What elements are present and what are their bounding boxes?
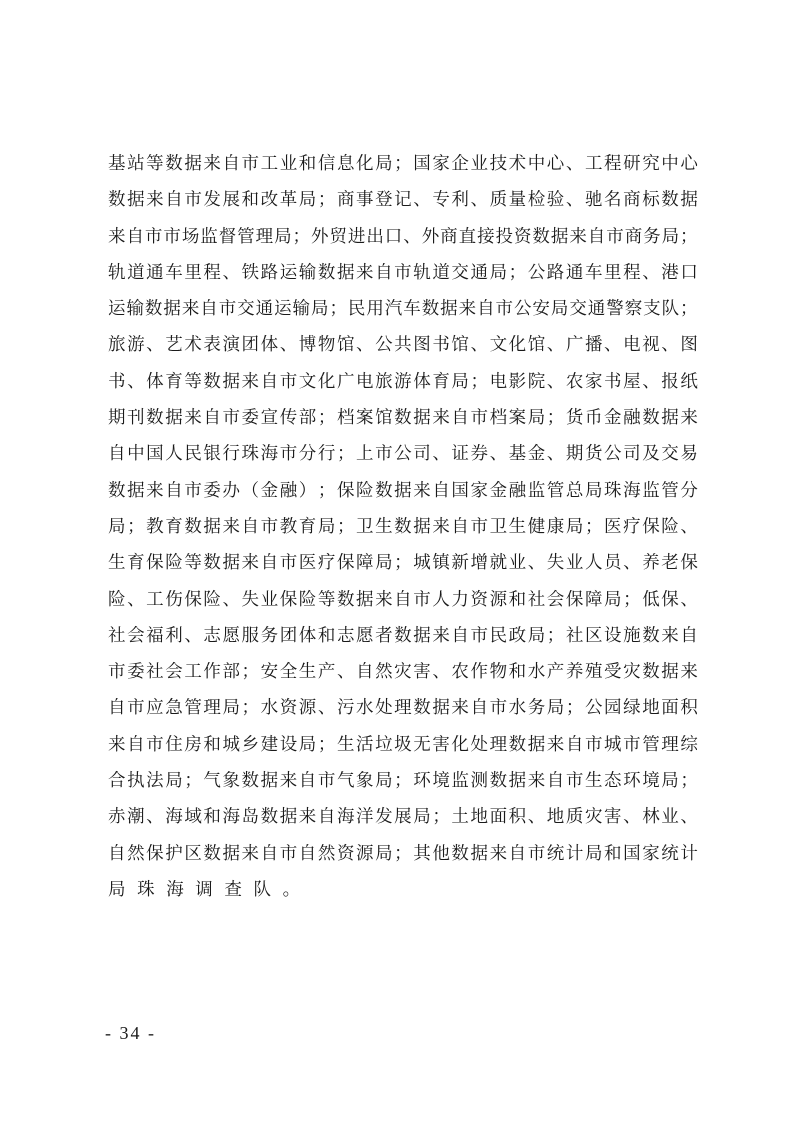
text-line: 来自市市场监督管理局；外贸进出口、外商直接投资数据来自市商务局； [108, 219, 698, 255]
text-line: 书、体育等数据来自市文化广电旅游体育局；电影院、农家书屋、报纸 [108, 364, 698, 400]
text-line: 轨道通车里程、铁路运输数据来自市轨道交通局；公路通车里程、港口 [108, 255, 698, 291]
text-line: 自市应急管理局；水资源、污水处理数据来自市水务局；公园绿地面积 [108, 690, 698, 726]
text-line: 基站等数据来自市工业和信息化局；国家企业技术中心、工程研究中心 [108, 146, 698, 182]
text-line: 自然保护区数据来自市自然资源局；其他数据来自市统计局和国家统计 [108, 836, 698, 872]
text-line: 局珠海调查队。 [108, 872, 698, 908]
text-line: 赤潮、海域和海岛数据来自海洋发展局；土地面积、地质灾害、林业、 [108, 799, 698, 835]
text-line: 数据来自市委办（金融）；保险数据来自国家金融监管总局珠海监管分 [108, 473, 698, 509]
text-line: 局；教育数据来自市教育局；卫生数据来自市卫生健康局；医疗保险、 [108, 509, 698, 545]
text-line: 旅游、艺术表演团体、博物馆、公共图书馆、文化馆、广播、电视、图 [108, 327, 698, 363]
text-line: 期刊数据来自市委宣传部；档案馆数据来自市档案局；货币金融数据来 [108, 400, 698, 436]
document-page: 基站等数据来自市工业和信息化局；国家企业技术中心、工程研究中心数据来自市发展和改… [0, 0, 794, 1123]
page-number: - 34 - [105, 1023, 156, 1044]
text-line: 自中国人民银行珠海市分行；上市公司、证券、基金、期货公司及交易 [108, 436, 698, 472]
text-line: 数据来自市发展和改革局；商事登记、专利、质量检验、驰名商标数据 [108, 182, 698, 218]
text-line: 社会福利、志愿服务团体和志愿者数据来自市民政局；社区设施数来自 [108, 618, 698, 654]
text-line: 运输数据来自市交通运输局；民用汽车数据来自市公安局交通警察支队； [108, 291, 698, 327]
text-line: 合执法局；气象数据来自市气象局；环境监测数据来自市生态环境局； [108, 763, 698, 799]
text-line: 来自市住房和城乡建设局；生活垃圾无害化处理数据来自市城市管理综 [108, 727, 698, 763]
text-line: 市委社会工作部；安全生产、自然灾害、农作物和水产养殖受灾数据来 [108, 654, 698, 690]
text-line: 险、工伤保险、失业保险等数据来自市人力资源和社会保障局；低保、 [108, 582, 698, 618]
body-paragraph: 基站等数据来自市工业和信息化局；国家企业技术中心、工程研究中心数据来自市发展和改… [108, 146, 698, 908]
text-line: 生育保险等数据来自市医疗保障局；城镇新增就业、失业人员、养老保 [108, 545, 698, 581]
